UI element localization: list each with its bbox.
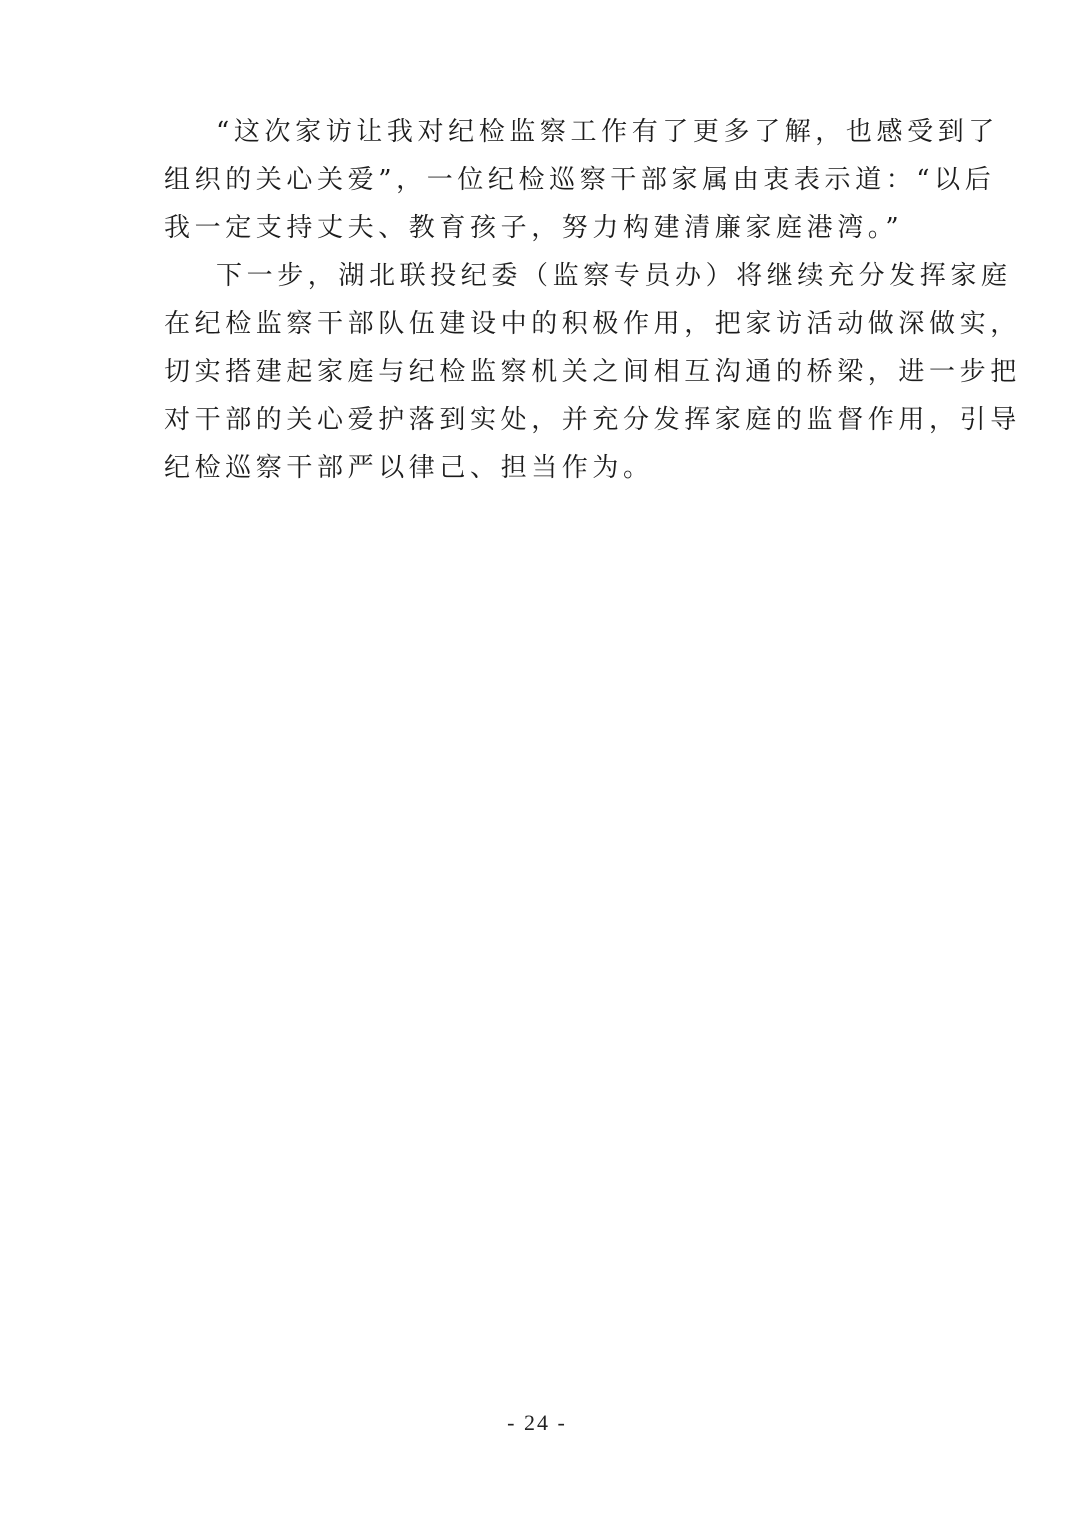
paragraph-family-quote: “这次家访让我对纪检监察工作有了更多了解，也感受到了 组织的关心关爱”，一位纪检… xyxy=(164,108,916,252)
text-line: 切实搭建起家庭与纪检监察机关之间相互沟通的桥梁，进一步把 xyxy=(164,348,916,396)
page-number: - 24 - xyxy=(0,1410,1074,1436)
text-line: 在纪检监察干部队伍建设中的积极作用，把家访活动做深做实， xyxy=(164,300,916,348)
text-line: 对干部的关心爱护落到实处，并充分发挥家庭的监督作用，引导 xyxy=(164,396,916,444)
text-line: 组织的关心关爱”，一位纪检巡察干部家属由衷表示道：“以后 xyxy=(164,156,916,204)
body-text: “这次家访让我对纪检监察工作有了更多了解，也感受到了 组织的关心关爱”，一位纪检… xyxy=(164,108,916,492)
text-line: 下一步，湖北联投纪委（监察专员办）将继续充分发挥家庭 xyxy=(164,252,916,300)
document-page: “这次家访让我对纪检监察工作有了更多了解，也感受到了 组织的关心关爱”，一位纪检… xyxy=(0,0,1074,1520)
text-line: 纪检巡察干部严以律己、担当作为。 xyxy=(164,444,916,492)
paragraph-next-steps: 下一步，湖北联投纪委（监察专员办）将继续充分发挥家庭 在纪检监察干部队伍建设中的… xyxy=(164,252,916,492)
text-line: 我一定支持丈夫、教育孩子，努力构建清廉家庭港湾。” xyxy=(164,204,916,252)
text-line: “这次家访让我对纪检监察工作有了更多了解，也感受到了 xyxy=(164,108,916,156)
